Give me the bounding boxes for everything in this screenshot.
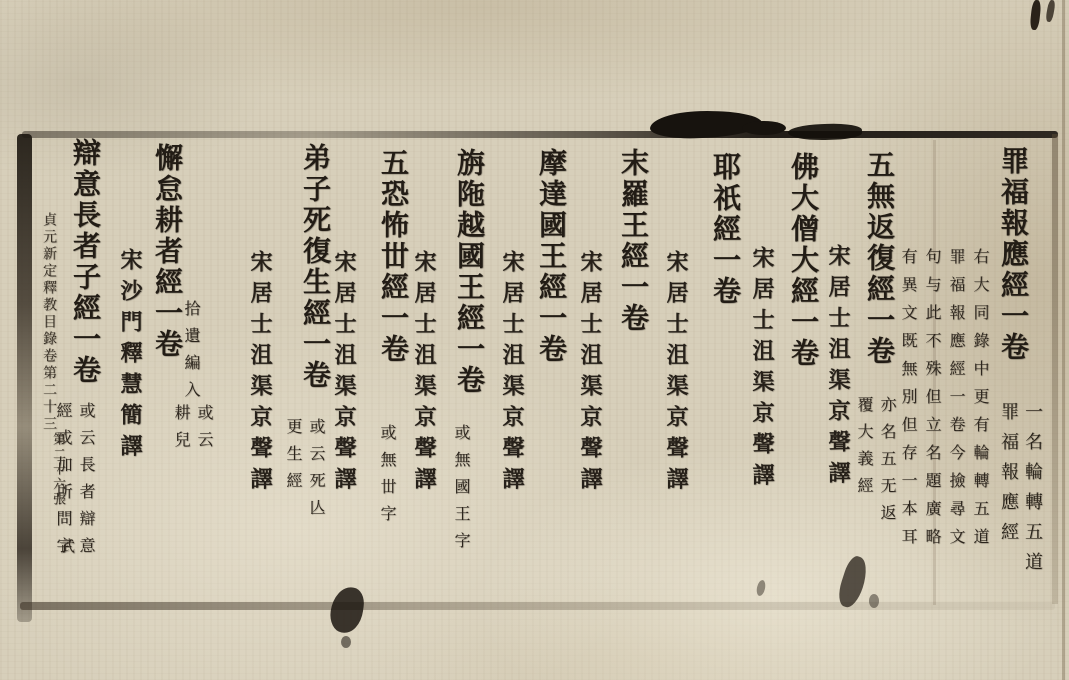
- translator-credit: 宋居士沮渠京聲譯: [242, 250, 278, 520]
- sutra-title: 五恐怖丗經一卷: [370, 148, 416, 418]
- sutra-title: 弟子死復生經一卷: [292, 143, 338, 413]
- sheet-number: 第二十六張: [46, 432, 68, 522]
- frame-border-top: [22, 131, 1058, 138]
- frame-border-left: [17, 134, 32, 622]
- variant-title-line: 耕兒: [170, 404, 193, 499]
- frame-border-right: [1052, 134, 1058, 604]
- ink-blotch: [788, 123, 863, 142]
- variant-title-note: 或云死亾 更生經: [282, 418, 328, 558]
- paper-crease-right: [1062, 0, 1065, 680]
- translator-credit: 宋居士沮渠京聲譯: [744, 246, 780, 516]
- ink-smudge: [869, 594, 879, 608]
- variant-title-line: 更生經: [282, 418, 305, 558]
- ink-smudge: [755, 579, 766, 596]
- variant-title-line: 或云長者辯意: [75, 402, 98, 592]
- sutra-title: 五無返復經一卷: [856, 150, 902, 420]
- variant-title-note: 亦名五无返 覆大義經: [853, 396, 899, 566]
- case-mark: 武: [56, 538, 78, 568]
- frame-border-bottom: [20, 602, 1055, 610]
- ink-blotch: [742, 121, 786, 135]
- variant-title-note: 或無丗字: [376, 424, 399, 544]
- variant-title-line: 或云死亾: [305, 418, 328, 558]
- variant-title-line: 或無國王字: [450, 424, 473, 584]
- variant-title-note: 或無國王字: [450, 424, 473, 584]
- variant-title-line: 一名輪轉五道: [1020, 402, 1044, 602]
- manuscript-page: 罪福報應經一卷 一名輪轉五道 罪福報應經 右大同錄中更有輪轉五道 罪福報應經一卷…: [0, 0, 1069, 680]
- variant-title-line: 或云: [193, 404, 216, 499]
- sutra-title: 旃陁越國王經一卷: [446, 148, 492, 418]
- translator-credit: 宋沙門釋慧簡譯: [112, 248, 148, 518]
- editorial-note-line: 句与此不殊但立名題廣略: [920, 248, 944, 600]
- catalog-volume-title: 貞元新定釋教目錄卷第二十三: [36, 212, 62, 444]
- sutra-title: 耶祇經一卷: [702, 152, 748, 422]
- ink-smudge: [328, 585, 366, 635]
- editorial-note-line: 右大同錄中更有輪轉五道: [968, 248, 992, 600]
- variant-title-note: 或云 耕兒: [170, 404, 216, 499]
- sutra-title: 懈怠耕者經一卷: [144, 143, 190, 413]
- editorial-note: 右大同錄中更有輪轉五道 罪福報應經一卷今撿尋文 句与此不殊但立名題廣略 有異文既…: [896, 248, 992, 600]
- editorial-note-line: 罪福報應經一卷今撿尋文: [944, 248, 968, 600]
- translator-credit: 宋居士沮渠京聲譯: [494, 250, 530, 520]
- sutra-title: 罪福報應經一卷: [990, 146, 1036, 416]
- translator-credit: 宋居士沮渠京聲譯: [658, 250, 694, 520]
- variant-title-note: 一名輪轉五道 罪福報應經: [996, 402, 1044, 602]
- sutra-title: 佛大僧大經一卷: [780, 152, 826, 422]
- variant-title-line: 罪福報應經: [996, 402, 1020, 602]
- variant-title-line: 或無丗字: [376, 424, 399, 544]
- translator-credit: 宋居士沮渠京聲譯: [572, 250, 608, 520]
- variant-title-line: 覆大義經: [853, 396, 876, 566]
- corner-mark: [1045, 0, 1056, 22]
- sutra-title: 辯意長者子經一卷: [62, 138, 108, 408]
- corner-mark: [1029, 0, 1041, 30]
- variant-title-line: 亦名五无返: [876, 396, 899, 566]
- ink-smudge: [341, 636, 351, 648]
- sutra-title: 末羅王經一卷: [610, 148, 656, 418]
- ink-blotch: [650, 110, 763, 140]
- sutra-title: 摩達國王經一卷: [528, 148, 574, 418]
